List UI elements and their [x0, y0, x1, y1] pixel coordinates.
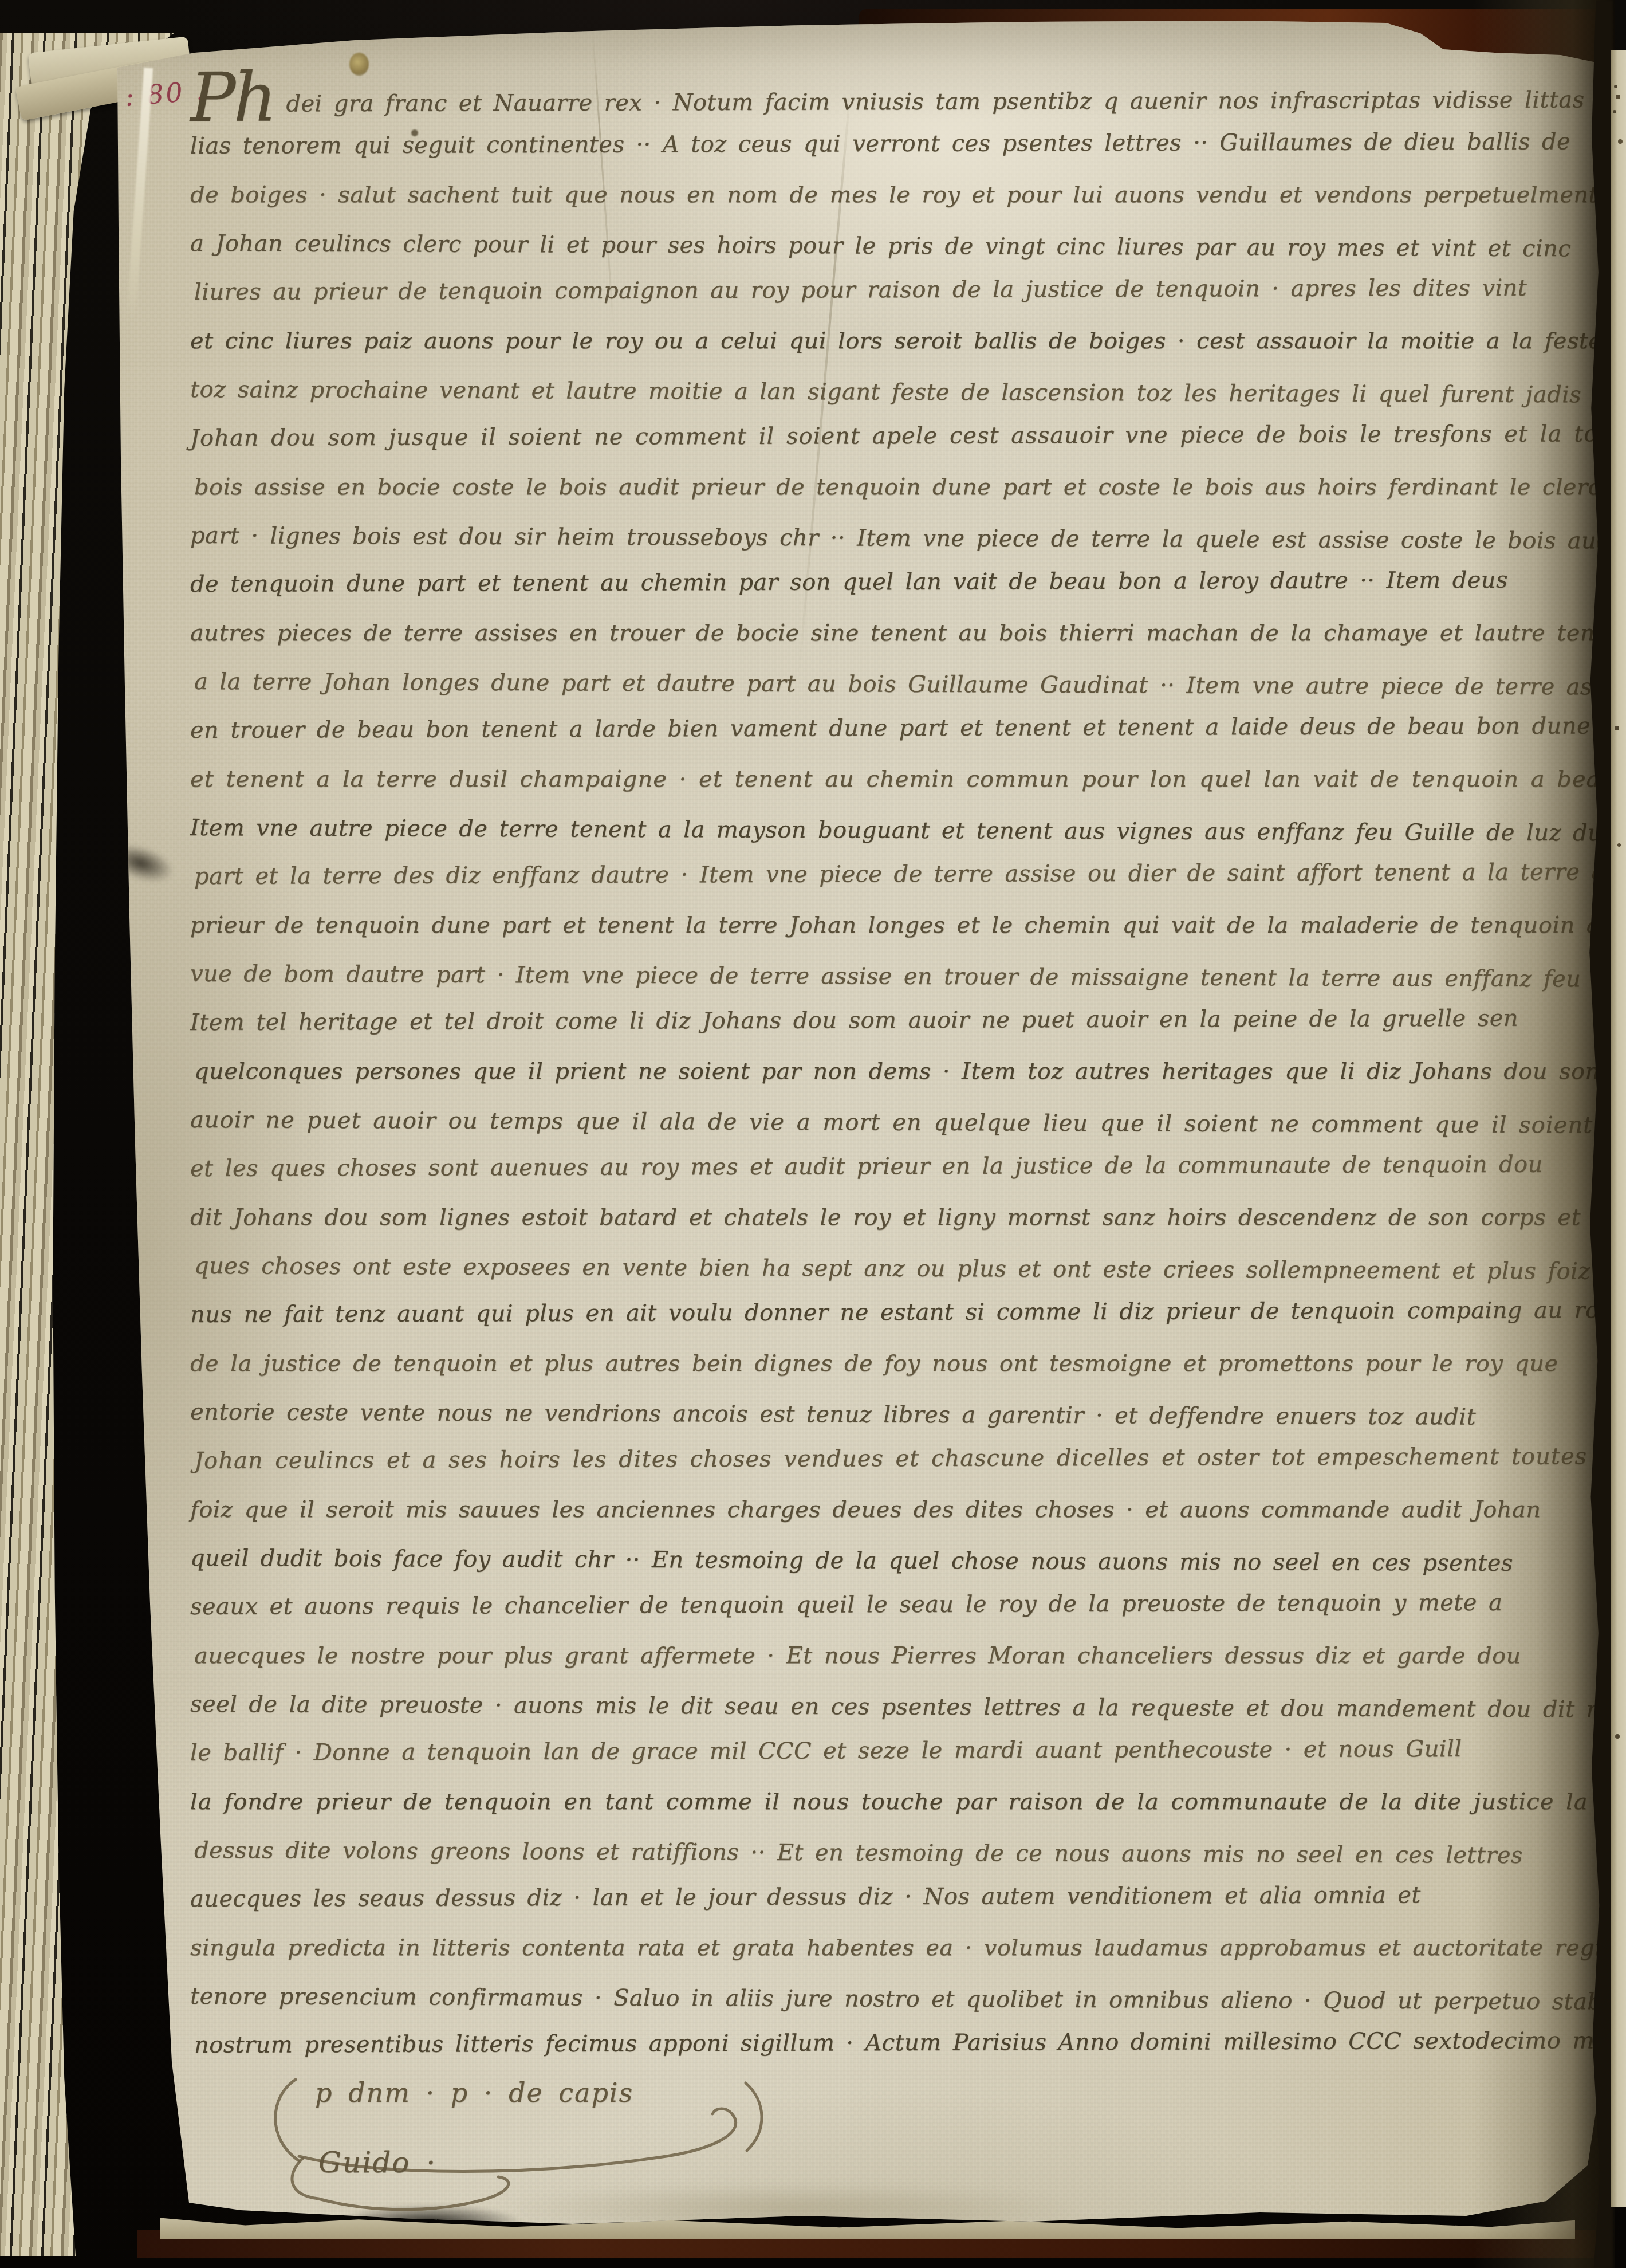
- ink-specks: [1614, 85, 1617, 88]
- text-line: singula predicta in litteris contenta ra…: [190, 1924, 1507, 1972]
- text-line: liures au prieur de tenquoin compaignon …: [194, 264, 1507, 317]
- text-line: la fondre prieur de tenquoin en tant com…: [190, 1778, 1507, 1826]
- wormhole-spot: [349, 53, 369, 76]
- text-line: prieur de tenquoin dune part et tenent l…: [190, 901, 1507, 950]
- text-line: lias tenorem qui seguit continentes ·· A…: [190, 118, 1507, 171]
- text-line: de tenquoin dune part et tenent au chemi…: [190, 556, 1507, 609]
- manuscript-page: : 80 . Phdei gra franc et Nauarre rex · …: [0, 0, 1626, 2268]
- manuscript-text: Phdei gra franc et Nauarre rex · Notum f…: [190, 73, 1507, 2070]
- text-line: auecques les seaus dessus diz · lan et l…: [190, 1871, 1507, 1924]
- manuscript-photo: : 80 . Phdei gra franc et Nauarre rex · …: [0, 0, 1626, 2268]
- text-line: et tenent a la terre dusil champaigne · …: [190, 755, 1507, 804]
- text-line: Item tel heritage et tel droit come li d…: [190, 995, 1507, 1047]
- text-line: nostrum presentibus litteris fecimus app…: [194, 2017, 1507, 2070]
- text-line: quelconques persones que il prient ne so…: [194, 1047, 1507, 1096]
- text-line: dei gra franc et Nauarre rex · Notum fac…: [286, 87, 1584, 117]
- text-line: Johan ceulincs et a ses hoirs les dites …: [194, 1433, 1507, 1485]
- text-line: et cinc liures paiz auons pour le roy ou…: [190, 317, 1507, 365]
- text-line: en trouer de beau bon tenent a larde bie…: [190, 702, 1507, 755]
- text-line: auecques le nostre pour plus grant affer…: [194, 1632, 1507, 1680]
- text-line: autres pieces de terre assises en trouer…: [190, 609, 1507, 658]
- text-line: de la justice de tenquoin et plus autres…: [190, 1339, 1507, 1388]
- text-line: Johan dou som jusque il soient ne commen…: [190, 410, 1507, 463]
- text-line: part et la terre des diz enffanz dautre …: [194, 848, 1507, 901]
- text-line: seaux et auons requis le chancelier de t…: [190, 1579, 1507, 1632]
- text-line: le ballif · Donne a tenquoin lan de grac…: [190, 1725, 1507, 1778]
- text-line: bois assise en bocie coste le bois audit…: [194, 463, 1507, 512]
- subscription-text: p dnm · p · de capis: [315, 2077, 633, 2108]
- text-line: nus ne fait tenz auant qui plus en ait v…: [190, 1287, 1507, 1339]
- facing-page-edge: [1611, 50, 1626, 2207]
- text-lines: lias tenorem qui seguit continentes ·· A…: [190, 122, 1507, 2070]
- text-line-first: Phdei gra franc et Nauarre rex · Notum f…: [190, 69, 1507, 122]
- gutter-shadow: [1472, 0, 1615, 2268]
- page-number: : 80 .: [124, 74, 207, 112]
- signature-text: Guido ·: [318, 2146, 436, 2179]
- text-line: foiz que il seroit mis sauues les ancien…: [190, 1485, 1507, 1534]
- ink-smudge: [103, 837, 179, 890]
- text-line: dit Johans dou som lignes estoit batard …: [190, 1193, 1507, 1242]
- text-line: et les ques choses sont auenues au roy m…: [190, 1141, 1507, 1193]
- text-line: de boiges · salut sachent tuit que nous …: [190, 171, 1507, 219]
- registrar-signature: Guido ·: [269, 2143, 590, 2223]
